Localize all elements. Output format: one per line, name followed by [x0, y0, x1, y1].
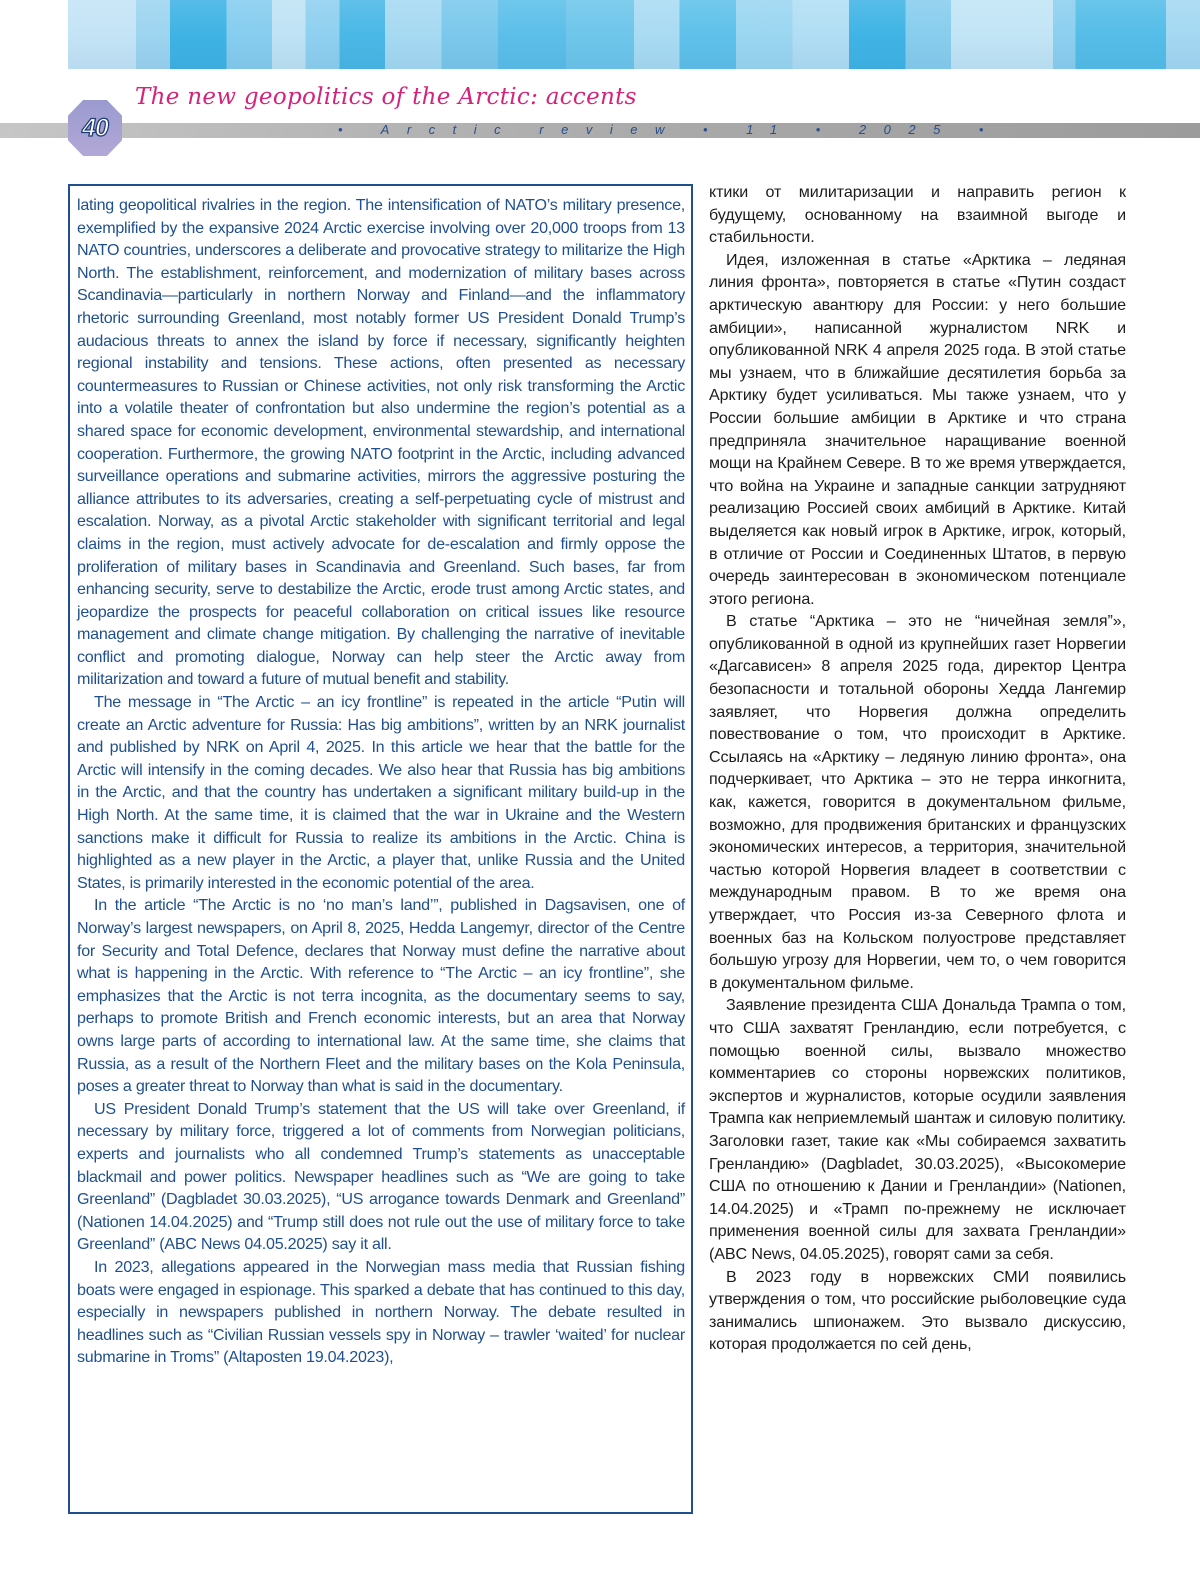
paragraph: lating geopolitical rivalries in the reg… — [77, 194, 685, 691]
english-text-column: lating geopolitical rivalries in the reg… — [68, 184, 693, 1514]
paragraph: В 2023 году в норвежских СМИ появились у… — [709, 1266, 1126, 1356]
page-number-badge: 40 — [68, 100, 122, 156]
header-decorative-band — [68, 0, 1200, 69]
running-section-title: The new geopolitics of the Arctic: accen… — [135, 84, 637, 110]
paragraph: Идея, изложенная в статье «Арктика – лед… — [709, 249, 1126, 611]
paragraph: In the article “The Arctic is no ‘no man… — [77, 894, 685, 1097]
journal-issue-line: • Arctic review • 11 • 2025 • — [338, 121, 1001, 139]
paragraph: ктики от милитаризации и направить регио… — [709, 181, 1126, 249]
paragraph: Заявление президента США Дональда Трам­п… — [709, 994, 1126, 1265]
paragraph: The message in “The Arctic – an icy fron… — [77, 691, 685, 894]
russian-text-column: ктики от милитаризации и направить регио… — [709, 181, 1126, 1356]
page-number: 40 — [82, 114, 108, 143]
paragraph: In 2023, allegations appeared in the Nor… — [77, 1256, 685, 1369]
paragraph: В статье “Арктика – это не “ничейная зем… — [709, 610, 1126, 994]
paragraph: US President Donald Trump’s statement th… — [77, 1098, 685, 1256]
